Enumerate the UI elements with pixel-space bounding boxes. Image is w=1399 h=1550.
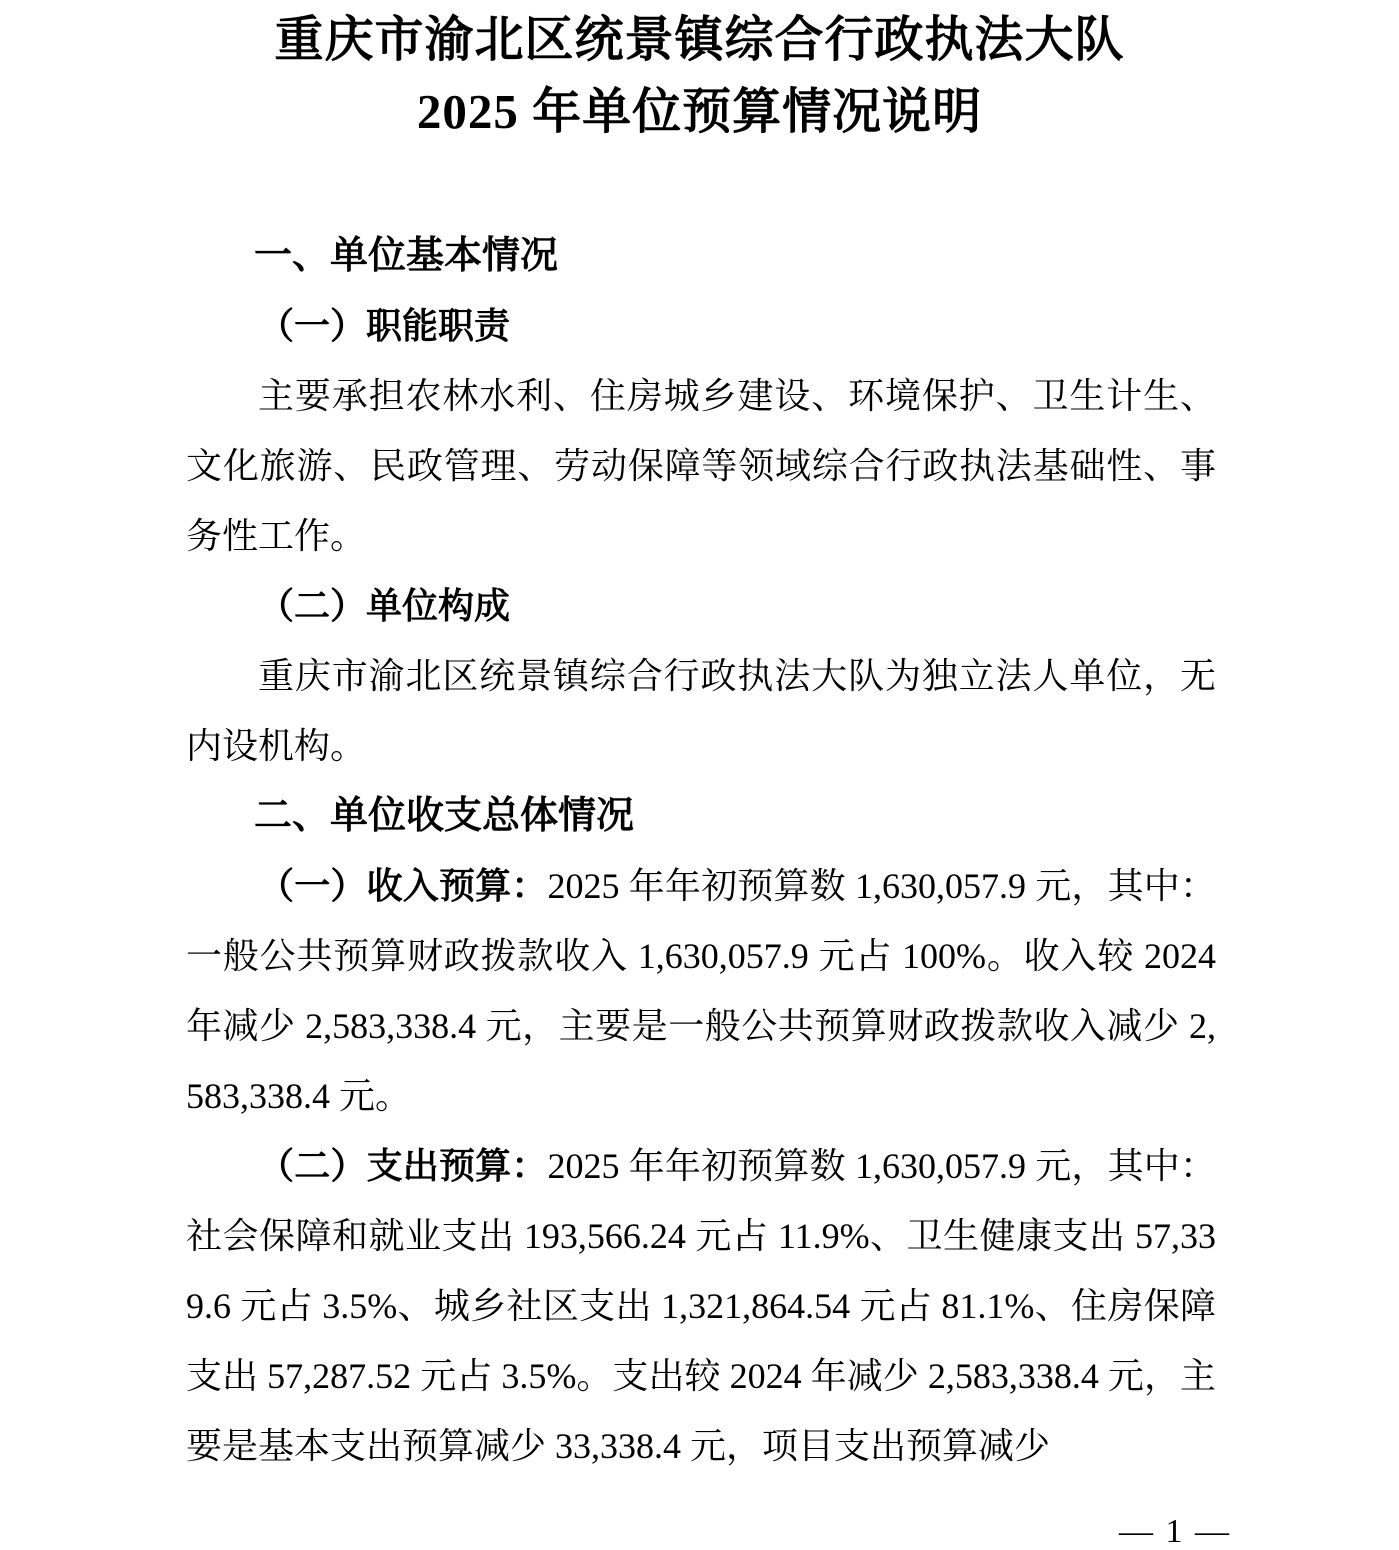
document-title-line-1: 重庆市渝北区统景镇综合行政执法大队 [0, 4, 1399, 76]
subsection-heading-composition: （二）单位构成 [186, 571, 1216, 641]
document-title-line-2: 2025 年单位预算情况说明 [0, 76, 1399, 148]
paragraph-expenditure-budget: （二）支出预算：2025 年年初预算数 1,630,057.9 元，其中：社会保… [186, 1131, 1216, 1481]
page-number: — 1 — [1119, 1512, 1231, 1550]
paragraph-composition: 重庆市渝北区统景镇综合行政执法大队为独立法人单位，无内设机构。 [186, 641, 1216, 781]
expenditure-budget-text: 2025 年年初预算数 1,630,057.9 元，其中：社会保障和就业支出 1… [186, 1146, 1216, 1466]
paragraph-income-budget: （一）收入预算：2025 年年初预算数 1,630,057.9 元，其中：一般公… [186, 851, 1216, 1131]
expenditure-budget-label: （二）支出预算： [258, 1146, 548, 1186]
document-body: 一、单位基本情况 （一）职能职责 主要承担农林水利、住房城乡建设、环境保护、卫生… [186, 221, 1216, 1481]
section-heading-revenue-expenditure: 二、单位收支总体情况 [186, 781, 1216, 851]
document-header: 重庆市渝北区统景镇综合行政执法大队 2025 年单位预算情况说明 [0, 0, 1399, 148]
section-heading-basic-info: 一、单位基本情况 [186, 221, 1216, 291]
subsection-heading-duties: （一）职能职责 [186, 291, 1216, 361]
document-page: 重庆市渝北区统景镇综合行政执法大队 2025 年单位预算情况说明 一、单位基本情… [0, 0, 1399, 1550]
paragraph-duties: 主要承担农林水利、住房城乡建设、环境保护、卫生计生、文化旅游、民政管理、劳动保障… [186, 361, 1216, 571]
income-budget-label: （一）收入预算： [258, 866, 548, 906]
